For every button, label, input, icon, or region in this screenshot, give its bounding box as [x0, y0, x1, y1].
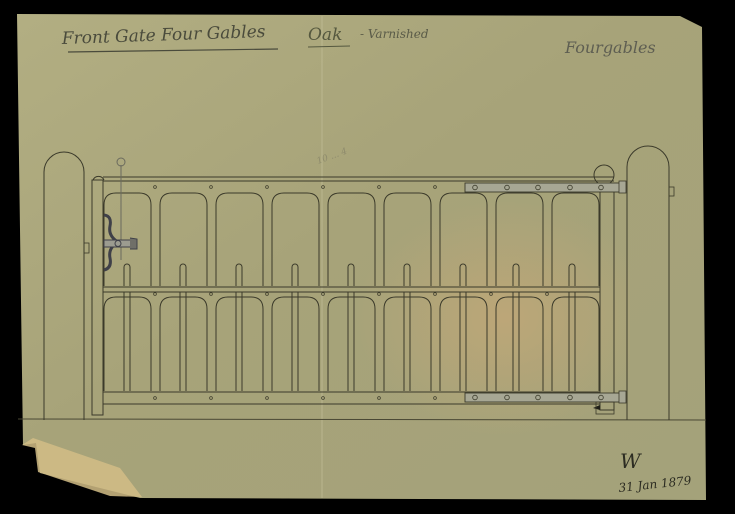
- bottom-hinge-strap: [465, 393, 620, 402]
- paper-sheet: [17, 14, 706, 500]
- hinge-pintle: [619, 181, 626, 193]
- image-stage: Front Gate Four Gables Oak - Varnished F…: [0, 0, 735, 514]
- finish-text: - Varnished: [360, 27, 429, 41]
- gate-drawing: Front Gate Four Gables Oak - Varnished F…: [0, 0, 735, 514]
- top-hinge: [465, 181, 626, 193]
- initials-text: W: [620, 449, 642, 473]
- top-hinge-strap: [465, 183, 620, 192]
- latch-tongue: [130, 238, 137, 249]
- place-text: Fourgables: [564, 38, 656, 57]
- hinge-pintle: [619, 391, 626, 403]
- material-text: Oak: [308, 25, 342, 45]
